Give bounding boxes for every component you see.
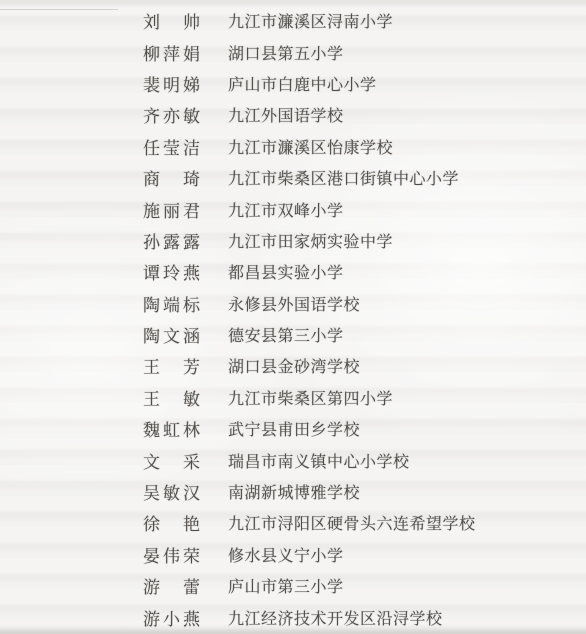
school-name: 永修县外国语学校	[228, 292, 360, 315]
list-item: 晏伟荣修水县义宁小学	[143, 539, 476, 570]
teacher-name: 施丽君	[143, 197, 205, 222]
school-name: 九江市双峰小学	[228, 198, 344, 221]
school-name: 庐山市第三小学	[228, 574, 344, 597]
school-name: 南湖新城博雅学校	[228, 480, 360, 503]
school-name: 修水县义宁小学	[228, 543, 344, 566]
list-item: 陶文涵德安县第三小学	[143, 319, 476, 350]
school-name: 瑞昌市南义镇中心小学校	[228, 449, 410, 472]
list-item: 刘 帅九江市濂溪区浔南小学	[143, 5, 476, 36]
school-name: 九江市濂溪区怡康学校	[228, 135, 393, 158]
teacher-school-list: 刘 帅九江市濂溪区浔南小学柳萍娟湖口县第五小学裴明娣庐山市白鹿中心小学齐亦敏九江…	[143, 5, 476, 633]
school-name: 武宁县甫田乡学校	[228, 417, 360, 440]
scan-artifact-band	[0, 628, 586, 634]
teacher-name: 柳萍娟	[143, 40, 205, 65]
school-name: 庐山市白鹿中心小学	[228, 72, 377, 95]
school-name: 九江经济技术开发区沿浔学校	[228, 606, 443, 629]
scanned-document-page: 刘 帅九江市濂溪区浔南小学柳萍娟湖口县第五小学裴明娣庐山市白鹿中心小学齐亦敏九江…	[0, 0, 586, 634]
scan-artifact-line	[0, 9, 118, 10]
list-item: 柳萍娟湖口县第五小学	[143, 36, 476, 67]
teacher-name: 谭玲燕	[143, 259, 205, 284]
teacher-name: 陶文涵	[143, 322, 205, 347]
list-item: 陶端标永修县外国语学校	[143, 288, 476, 319]
school-name: 都昌县实验小学	[228, 260, 344, 283]
list-item: 魏虹林武宁县甫田乡学校	[143, 413, 476, 444]
school-name: 九江市柴桑区第四小学	[228, 386, 393, 409]
list-item: 孙露露九江市田家炳实验中学	[143, 225, 476, 256]
school-name: 湖口县第五小学	[228, 41, 344, 64]
list-item: 裴明娣庐山市白鹿中心小学	[143, 68, 476, 99]
teacher-name: 王 敏	[143, 385, 205, 410]
list-item: 施丽君九江市双峰小学	[143, 193, 476, 224]
school-name: 湖口县金砂湾学校	[228, 354, 360, 377]
teacher-name: 商 琦	[143, 165, 205, 190]
teacher-name: 孙露露	[143, 228, 205, 253]
list-item: 吴敏汉南湖新城博雅学校	[143, 476, 476, 507]
teacher-name: 任莹洁	[143, 134, 205, 159]
teacher-name: 裴明娣	[143, 71, 205, 96]
list-item: 文 采瑞昌市南义镇中心小学校	[143, 444, 476, 475]
teacher-name: 齐亦敏	[143, 102, 205, 127]
teacher-name: 刘 帅	[143, 8, 205, 33]
list-item: 王 芳湖口县金砂湾学校	[143, 350, 476, 381]
teacher-name: 游小燕	[143, 605, 205, 630]
teacher-name: 魏虹林	[143, 416, 205, 441]
list-item: 王 敏九江市柴桑区第四小学	[143, 382, 476, 413]
school-name: 九江外国语学校	[228, 103, 344, 126]
school-name: 德安县第三小学	[228, 323, 344, 346]
list-item: 任莹洁九江市濂溪区怡康学校	[143, 131, 476, 162]
school-name: 九江市柴桑区港口街镇中心小学	[228, 166, 459, 189]
teacher-name: 陶端标	[143, 291, 205, 316]
teacher-name: 王 芳	[143, 353, 205, 378]
list-item: 游 蕾庐山市第三小学	[143, 570, 476, 601]
teacher-name: 晏伟荣	[143, 542, 205, 567]
teacher-name: 文 采	[143, 448, 205, 473]
teacher-name: 吴敏汉	[143, 479, 205, 504]
list-item: 徐 艳九江市浔阳区硬骨头六连希望学校	[143, 507, 476, 538]
school-name: 九江市田家炳实验中学	[228, 229, 393, 252]
list-item: 谭玲燕都昌县实验小学	[143, 256, 476, 287]
teacher-name: 游 蕾	[143, 573, 205, 598]
teacher-name: 徐 艳	[143, 510, 205, 535]
list-item: 齐亦敏九江外国语学校	[143, 99, 476, 130]
school-name: 九江市濂溪区浔南小学	[228, 9, 393, 32]
list-item: 商 琦九江市柴桑区港口街镇中心小学	[143, 162, 476, 193]
school-name: 九江市浔阳区硬骨头六连希望学校	[228, 511, 476, 534]
